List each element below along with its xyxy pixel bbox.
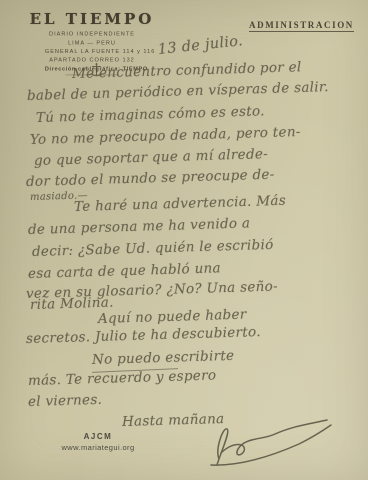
handwritten-line: decir: ¿Sabe Ud. quién le escribió bbox=[32, 237, 274, 260]
newspaper-title: EL TIEMPO bbox=[16, 10, 168, 28]
letterhead-location: LIMA — PERU bbox=[45, 39, 139, 48]
letterhead-subtitle: DIARIO INDEPENDIENTE bbox=[45, 30, 139, 39]
handwritten-line: esa carta de que habló una bbox=[28, 260, 221, 282]
letter-scan-page: EL TIEMPO DIARIO INDEPENDIENTE LIMA — PE… bbox=[0, 0, 368, 480]
handwritten-line: de una persona me ha venido a bbox=[28, 215, 251, 238]
handwritten-line: secretos. Julio te ha descubierto. bbox=[26, 324, 261, 347]
archive-watermark: AJCM www.mariategui.org bbox=[38, 432, 158, 452]
handwritten-line: go que soportar que a mí alrede- bbox=[34, 146, 269, 169]
handwritten-line: Yo no me preocupo de nada, pero ten- bbox=[30, 124, 301, 148]
signature-flourish bbox=[203, 413, 335, 476]
handwritten-line: Te haré una advertencia. Más bbox=[74, 193, 286, 215]
handwritten-line: Aquí no puede haber bbox=[98, 307, 247, 327]
watermark-initials: AJCM bbox=[38, 432, 158, 441]
handwritten-line: No puedo escribirte bbox=[92, 348, 235, 368]
handwritten-date: 13 de julio. bbox=[157, 33, 244, 58]
watermark-url: www.mariategui.org bbox=[38, 443, 158, 452]
letterhead-address: GENERAL LA FUENTE 114 y 116 bbox=[45, 47, 139, 56]
administration-label: ADMINISTRACION bbox=[249, 20, 354, 32]
handwritten-line: dor todo el mundo se preocupe de- bbox=[26, 167, 275, 190]
handwritten-line: el viernes. bbox=[28, 392, 103, 410]
handwritten-line: Tú no te imaginas cómo es esto. bbox=[36, 103, 265, 126]
